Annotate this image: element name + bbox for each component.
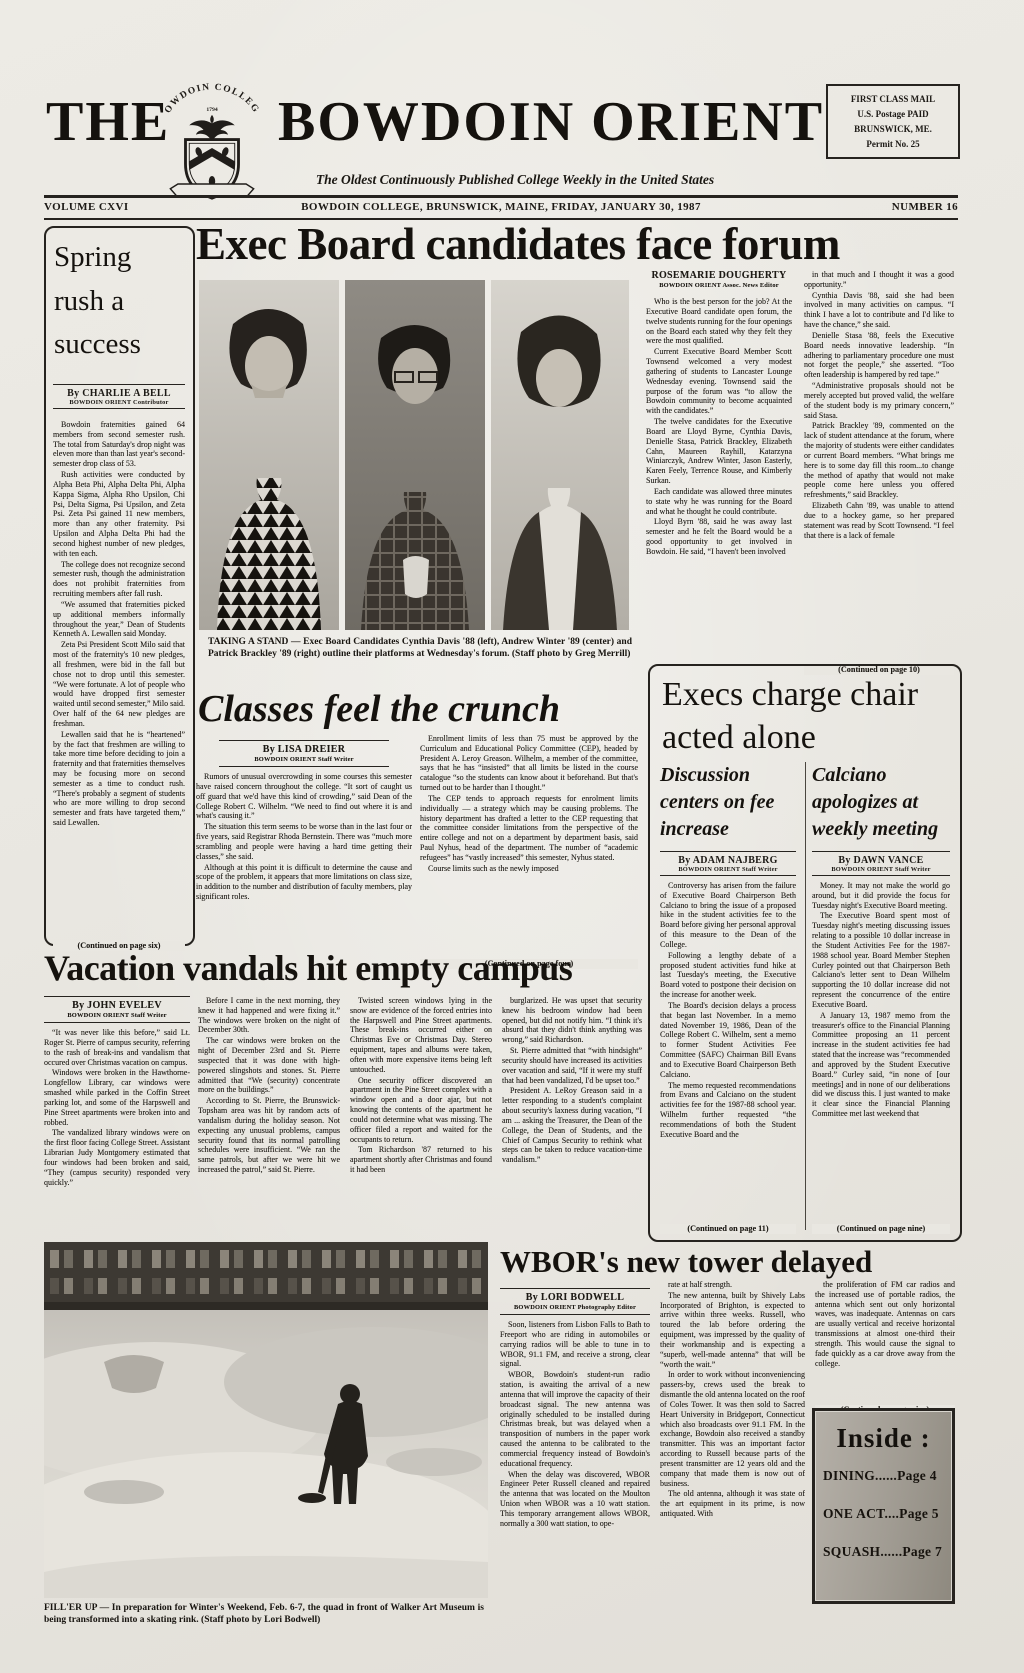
wbor-col3-body: the proliferation of FM car radios and t… — [815, 1280, 955, 1368]
quad-photo — [44, 1242, 488, 1598]
vandals-col4: burglarized. He was upset that security … — [502, 996, 642, 1258]
paragraph: Each candidate was allowed three minutes… — [646, 487, 792, 516]
forum-col1-body: Who is the best person for the job? At t… — [646, 297, 792, 557]
spring-rush-body: (Continued on page six) Bowdoin fraterni… — [53, 420, 185, 952]
postage-box: FIRST CLASS MAIL U.S. Postage PAID BRUNS… — [826, 84, 960, 159]
wbor-byline-block: By LORI BODWELL BOWDOIN ORIENT Photograp… — [500, 1288, 650, 1315]
inside-box: Inside : DINING......Page 4ONE ACT....Pa… — [812, 1408, 955, 1604]
paragraph: ONE ACT....Page 5 — [823, 1506, 944, 1522]
execs-right-byline-block: By DAWN VANCE BOWDOIN ORIENT Staff Write… — [812, 851, 950, 876]
forum-byline-block: ROSEMARIE DOUGHERTY BOWDOIN ORIENT Assoc… — [646, 270, 792, 292]
execs-charge-headline: Execs charge chair acted alone — [662, 674, 934, 759]
execs-right-body: Money. It may not make the world go arou… — [812, 881, 950, 1235]
paragraph: Following a lengthy debate of a proposed… — [660, 951, 796, 1000]
wbor-col2: rate at half strength.The new antenna, b… — [660, 1280, 805, 1654]
paragraph: The memo requested recommendations from … — [660, 1081, 796, 1140]
paragraph: President A. LeRoy Greason said in a let… — [502, 1086, 642, 1165]
execs-left-subhead: Discussion centers on fee increase — [660, 762, 796, 843]
vandals-byline-block: By JOHN EVELEV BOWDOIN ORIENT Staff Writ… — [44, 996, 190, 1023]
byline-role: BOWDOIN ORIENT Staff Writer — [660, 866, 796, 873]
paragraph: Who is the best person for the job? At t… — [646, 297, 792, 346]
paragraph: When the delay was discovered, WBOR Engi… — [500, 1470, 650, 1529]
paragraph: Rumors of unusual overcrowding in some c… — [196, 772, 412, 821]
paragraph: Tom Richardson '87 returned to his apart… — [350, 1145, 492, 1174]
dateline-number: NUMBER 16 — [44, 201, 958, 213]
execs-right-subhead: Calciano apologizes at weekly meeting — [812, 762, 950, 843]
vandals-col1-body: “It was never like this before,” said Lt… — [44, 1028, 190, 1187]
paragraph: WBOR, Bowdoin's student-run radio statio… — [500, 1370, 650, 1468]
paragraph: Lewallen said that he is “heartened” by … — [53, 730, 185, 828]
paragraph: in that much and I thought it was a good… — [804, 270, 954, 290]
paragraph: The situation this term seems to be wors… — [196, 822, 412, 861]
postage-line: FIRST CLASS MAIL — [832, 92, 954, 107]
candidate-photo-right — [491, 280, 629, 630]
quad-photo-caption: FILL'ER UP — In preparation for Winter's… — [44, 1602, 484, 1627]
postage-line: U.S. Postage PAID — [832, 107, 954, 122]
article-spring-rush: Spring rush a success By CHARLIE A BELL … — [44, 226, 195, 946]
masthead: THE BOWDOIN COLLEGE 1794 BOWDOIN ORIENT … — [0, 28, 1024, 196]
paragraph: Controversy has arisen from the failure … — [660, 881, 796, 950]
byline-role: BOWDOIN ORIENT Staff Writer — [44, 1012, 190, 1020]
article-execs-charge: Execs charge chair acted alone Discussio… — [648, 664, 962, 1242]
spring-rush-headline: Spring rush a success — [54, 236, 186, 367]
paragraph: Rush activities were conducted by Alpha … — [53, 470, 185, 558]
paragraph: Current Executive Board Member Scott Tow… — [646, 347, 792, 416]
paragraph: The vandalized library windows were on t… — [44, 1128, 190, 1187]
spring-rush-byline-block: By CHARLIE A BELL BOWDOIN ORIENT Contrib… — [53, 384, 185, 414]
paragraph: Windows were broken in the Hawthorne-Lon… — [44, 1068, 190, 1127]
forum-col1: ROSEMARIE DOUGHERTY BOWDOIN ORIENT Assoc… — [646, 270, 792, 676]
byline-role: BOWDOIN ORIENT Staff Writer — [219, 756, 389, 764]
crest-year-text: 1794 — [206, 107, 218, 113]
paragraph: Enrollment limits of less than 75 must b… — [420, 734, 638, 793]
forum-photo-caption: TAKING A STAND — Exec Board Candidates C… — [208, 636, 632, 661]
paragraph: The new antenna, built by Shively Labs I… — [660, 1291, 805, 1370]
vandals-col1: By JOHN EVELEV BOWDOIN ORIENT Staff Writ… — [44, 996, 190, 1256]
paragraph: Lloyd Byrn '88, said he was away last se… — [646, 517, 792, 556]
masthead-title: BOWDOIN ORIENT — [278, 94, 824, 150]
paragraph: In order to work without inconveniencing… — [660, 1370, 805, 1488]
paragraph: A January 13, 1987 memo from the treasur… — [812, 1011, 950, 1119]
paragraph: Patrick Brackley '89, commented on the l… — [804, 421, 954, 500]
crest-eagle-icon — [189, 115, 234, 141]
inside-items: DINING......Page 4ONE ACT....Page 5SQUAS… — [823, 1468, 944, 1560]
byline-role: BOWDOIN ORIENT Photography Editor — [500, 1304, 650, 1312]
execs-right-col: Calciano apologizes at weekly meeting By… — [812, 762, 950, 1230]
column-divider — [805, 762, 806, 1230]
college-crest-icon: BOWDOIN COLLEGE 1794 — [152, 60, 272, 202]
inside-title: Inside : — [823, 1423, 944, 1454]
wbor-col3: the proliferation of FM car radios and t… — [815, 1280, 955, 1416]
paragraph: Money. It may not make the world go arou… — [812, 881, 950, 910]
paragraph: “It was never like this before,” said Lt… — [44, 1028, 190, 1067]
masthead-tagline: The Oldest Continuously Published Colleg… — [290, 172, 740, 188]
execs-left-paras: Controversy has arisen from the failure … — [660, 881, 796, 1140]
forum-col2: in that much and I thought it was a good… — [804, 270, 954, 676]
classes-col2-body: Enrollment limits of less than 75 must b… — [420, 734, 638, 874]
execs-left-body: Controversy has arisen from the failure … — [660, 881, 796, 1235]
vandals-col2: Before I came in the next morning, they … — [198, 996, 340, 1256]
paragraph: Before I came in the next morning, they … — [198, 996, 340, 1035]
paragraph: Zeta Psi President Scott Milo said that … — [53, 640, 185, 728]
paragraph: the proliferation of FM car radios and t… — [815, 1280, 955, 1368]
wbor-headline: WBOR's new tower delayed — [500, 1246, 872, 1278]
paragraph: “Administrative proposals should not be … — [804, 381, 954, 420]
byline: By LORI BODWELL — [500, 1292, 650, 1304]
candidate-photo-center — [345, 280, 485, 630]
vandals-headline: Vacation vandals hit empty campus — [44, 950, 572, 987]
paragraph: One security officer discovered an apart… — [350, 1076, 492, 1145]
byline: By JOHN EVELEV — [44, 1000, 190, 1012]
byline: By CHARLIE A BELL — [53, 388, 185, 399]
byline-role: BOWDOIN ORIENT Staff Writer — [812, 866, 950, 873]
paragraph: Twisted screen windows lying in the snow… — [350, 996, 492, 1075]
byline: By LISA DREIER — [219, 744, 389, 756]
byline: By DAWN VANCE — [812, 855, 950, 866]
paragraph: The CEP tends to approach requests for e… — [420, 794, 638, 863]
forum-col2-body: in that much and I thought it was a good… — [804, 270, 954, 540]
execs-right-paras: Money. It may not make the world go arou… — [812, 881, 950, 1119]
paragraph: Course limits such as the newly imposed — [420, 864, 638, 874]
byline: By ADAM NAJBERG — [660, 855, 796, 866]
wbor-col1-body: Soon, listeners from Lisbon Falls to Bat… — [500, 1320, 650, 1528]
execs-left-byline-block: By ADAM NAJBERG BOWDOIN ORIENT Staff Wri… — [660, 851, 796, 876]
paragraph: The Board's decision delays a process th… — [660, 1001, 796, 1080]
paragraph: Bowdoin fraternities gained 64 members f… — [53, 420, 185, 469]
paragraph: The car windows were broken on the night… — [198, 1036, 340, 1095]
postage-line: Permit No. 25 — [832, 137, 954, 152]
paragraph: The old antenna, although it was state o… — [660, 1489, 805, 1518]
byline: ROSEMARIE DOUGHERTY — [646, 270, 792, 282]
classes-col2: Enrollment limits of less than 75 must b… — [420, 734, 638, 970]
paragraph: Denielle Stasa '88, feels the Executive … — [804, 331, 954, 380]
paragraph: “We assumed that fraternities picked up … — [53, 600, 185, 639]
paragraph: burglarized. He was upset that security … — [502, 996, 642, 1045]
paragraph: DINING......Page 4 — [823, 1468, 944, 1484]
paragraph: Soon, listeners from Lisbon Falls to Bat… — [500, 1320, 650, 1369]
paragraph: rate at half strength. — [660, 1280, 805, 1290]
classes-col1-body: Rumors of unusual overcrowding in some c… — [196, 772, 412, 902]
paragraph: Although at this point it is difficult t… — [196, 863, 412, 902]
continued-note: (Continued on page 11) — [660, 1224, 796, 1234]
execs-left-col: Discussion centers on fee increase By AD… — [660, 762, 796, 1230]
classes-headline: Classes feel the crunch — [198, 690, 560, 729]
candidate-photo-left — [199, 280, 339, 630]
paragraph: The twelve candidates for the Executive … — [646, 417, 792, 486]
newspaper-front-page: THE BOWDOIN COLLEGE 1794 BOWDOIN ORIENT … — [0, 0, 1024, 1673]
byline-role: BOWDOIN ORIENT Contributor — [53, 399, 185, 406]
wbor-col1: By LORI BODWELL BOWDOIN ORIENT Photograp… — [500, 1288, 650, 1632]
paragraph: Elizabeth Cahn '89, was unable to attend… — [804, 501, 954, 540]
postage-line: BRUNSWICK, ME. — [832, 122, 954, 137]
paragraph: Cynthia Davis '88, said she had been inv… — [804, 291, 954, 330]
exec-forum-headline: Exec Board candidates face forum — [196, 222, 840, 268]
continued-note: (Continued on page nine) — [812, 1224, 950, 1234]
vandals-col3: Twisted screen windows lying in the snow… — [350, 996, 492, 1256]
classes-col1: By LISA DREIER BOWDOIN ORIENT Staff Writ… — [196, 740, 412, 970]
paragraph: St. Pierre admitted that “with hindsight… — [502, 1046, 642, 1085]
classes-byline-block: By LISA DREIER BOWDOIN ORIENT Staff Writ… — [219, 740, 389, 767]
paragraph: According to St. Pierre, the Brunswick-T… — [198, 1096, 340, 1175]
dateline-rule-top — [44, 195, 958, 198]
paragraph: The college does not recognize second se… — [53, 560, 185, 599]
paragraph: The Executive Board spent most of Tuesda… — [812, 911, 950, 1009]
paragraph: SQUASH......Page 7 — [823, 1544, 944, 1560]
byline-role: BOWDOIN ORIENT Assoc. News Editor — [646, 282, 792, 290]
